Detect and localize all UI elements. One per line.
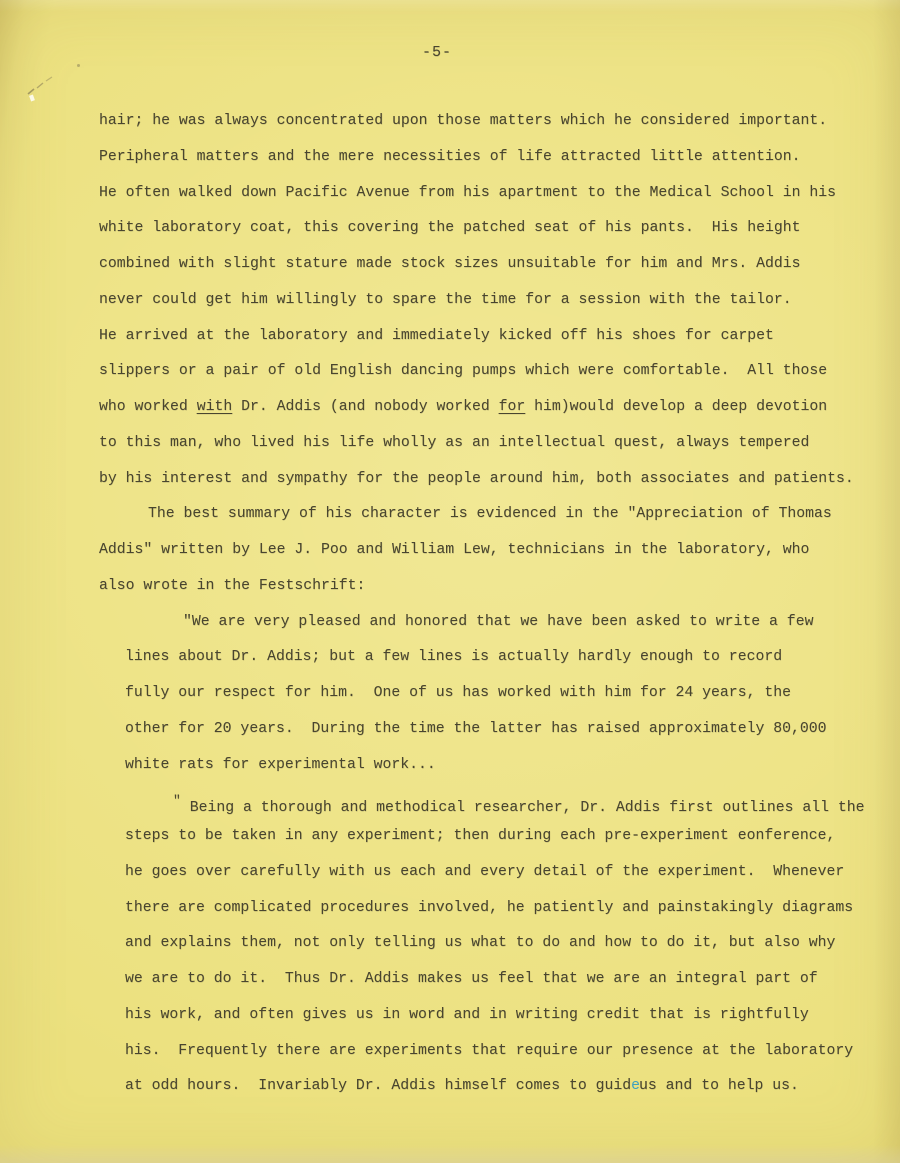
text-segment: we are to do it. Thus Dr. Addis makes us…: [125, 971, 818, 987]
text-line: combined with slight stature made stock …: [99, 247, 889, 283]
text-line: to this man, who lived his life wholly a…: [99, 426, 889, 462]
text-line: slippers or a pair of old English dancin…: [99, 354, 889, 390]
text-segment: Being a thorough and methodical research…: [181, 800, 865, 816]
text-line: other for 20 years. During the time the …: [125, 712, 889, 748]
text-segment: never could get him willingly to spare t…: [99, 292, 792, 308]
text-line: by his interest and sympathy for the peo…: [99, 462, 889, 498]
text-segment: Addis" written by Lee J. Poo and William…: [99, 542, 809, 558]
text-line: there are complicated procedures involve…: [125, 891, 889, 927]
text-segment: hair; he was always concentrated upon th…: [99, 113, 827, 129]
text-segment: to this man, who lived his life wholly a…: [99, 435, 809, 451]
text-segment: there are complicated procedures involve…: [125, 900, 853, 916]
text-segment: fully our respect for him. One of us has…: [125, 685, 791, 701]
scanned-page: -5- hair; he was always concentrated upo…: [0, 0, 900, 1163]
text-line: He arrived at the laboratory and immedia…: [99, 319, 889, 355]
text-line: " Being a thorough and methodical resear…: [125, 783, 889, 819]
text-segment: ": [173, 783, 181, 819]
text-segment: white laboratory coat, this covering the…: [99, 220, 801, 236]
text-segment: lines about Dr. Addis; but a few lines i…: [125, 649, 782, 665]
text-line: lines about Dr. Addis; but a few lines i…: [125, 640, 889, 676]
text-segment: who worked: [99, 399, 197, 415]
text-segment: by his interest and sympathy for the peo…: [99, 471, 854, 487]
text-segment: The best summary of his character is evi…: [148, 506, 832, 522]
text-line: he goes over carefully with us each and …: [125, 855, 889, 891]
text-line: Addis" written by Lee J. Poo and William…: [99, 533, 889, 569]
text-line: also wrote in the Festschrift:: [99, 569, 889, 605]
text-segment: He arrived at the laboratory and immedia…: [99, 328, 774, 344]
text-segment: and explains them, not only telling us w…: [125, 935, 835, 951]
text-segment: Dr. Addis (and nobody worked: [232, 399, 498, 415]
text-line: his. Frequently there are experiments th…: [125, 1034, 889, 1070]
text-line: and explains them, not only telling us w…: [125, 926, 889, 962]
text-segment: us and to help us.: [639, 1078, 799, 1094]
text-segment: he goes over carefully with us each and …: [125, 864, 844, 880]
text-line: steps to be taken in any experiment; the…: [125, 819, 889, 855]
text-line: white laboratory coat, this covering the…: [99, 211, 889, 247]
text-line: Peripheral matters and the mere necessit…: [99, 140, 889, 176]
text-segment: "We are very pleased and honored that we…: [183, 614, 813, 630]
page-number: -5-: [0, 44, 874, 61]
text-segment: slippers or a pair of old English dancin…: [99, 363, 827, 379]
text-line: "We are very pleased and honored that we…: [125, 605, 889, 641]
text-segment: white rats for experimental work...: [125, 757, 436, 773]
paper-speck: [77, 64, 80, 67]
text-line: at odd hours. Invariably Dr. Addis himse…: [125, 1069, 889, 1105]
text-line: hair; he was always concentrated upon th…: [99, 104, 889, 140]
text-segment: other for 20 years. During the time the …: [125, 721, 827, 737]
text-line: fully our respect for him. One of us has…: [125, 676, 889, 712]
text-segment: Peripheral matters and the mere necessit…: [99, 149, 801, 165]
text-segment: at odd hours. Invariably Dr. Addis himse…: [125, 1078, 631, 1094]
text-segment: He often walked down Pacific Avenue from…: [99, 185, 836, 201]
text-line: his work, and often gives us in word and…: [125, 998, 889, 1034]
text-segment: his. Frequently there are experiments th…: [125, 1043, 853, 1059]
underlined-word: for: [499, 399, 526, 415]
text-line: never could get him willingly to spare t…: [99, 283, 889, 319]
text-segment: him)would develop a deep devotion: [525, 399, 827, 415]
text-line: He often walked down Pacific Avenue from…: [99, 176, 889, 212]
text-segment: combined with slight stature made stock …: [99, 256, 801, 272]
text-line: who worked with Dr. Addis (and nobody wo…: [99, 390, 889, 426]
text-block: hair; he was always concentrated upon th…: [99, 104, 889, 1105]
text-segment: steps to be taken in any experiment; the…: [125, 828, 835, 844]
text-line: we are to do it. Thus Dr. Addis makes us…: [125, 962, 889, 998]
text-segment: also wrote in the Festschrift:: [99, 578, 365, 594]
underlined-word: with: [197, 399, 233, 415]
text-line: The best summary of his character is evi…: [99, 497, 889, 533]
text-segment: his work, and often gives us in word and…: [125, 1007, 809, 1023]
text-line: white rats for experimental work...: [125, 748, 889, 784]
pencil-scribble-mark: [22, 68, 92, 108]
